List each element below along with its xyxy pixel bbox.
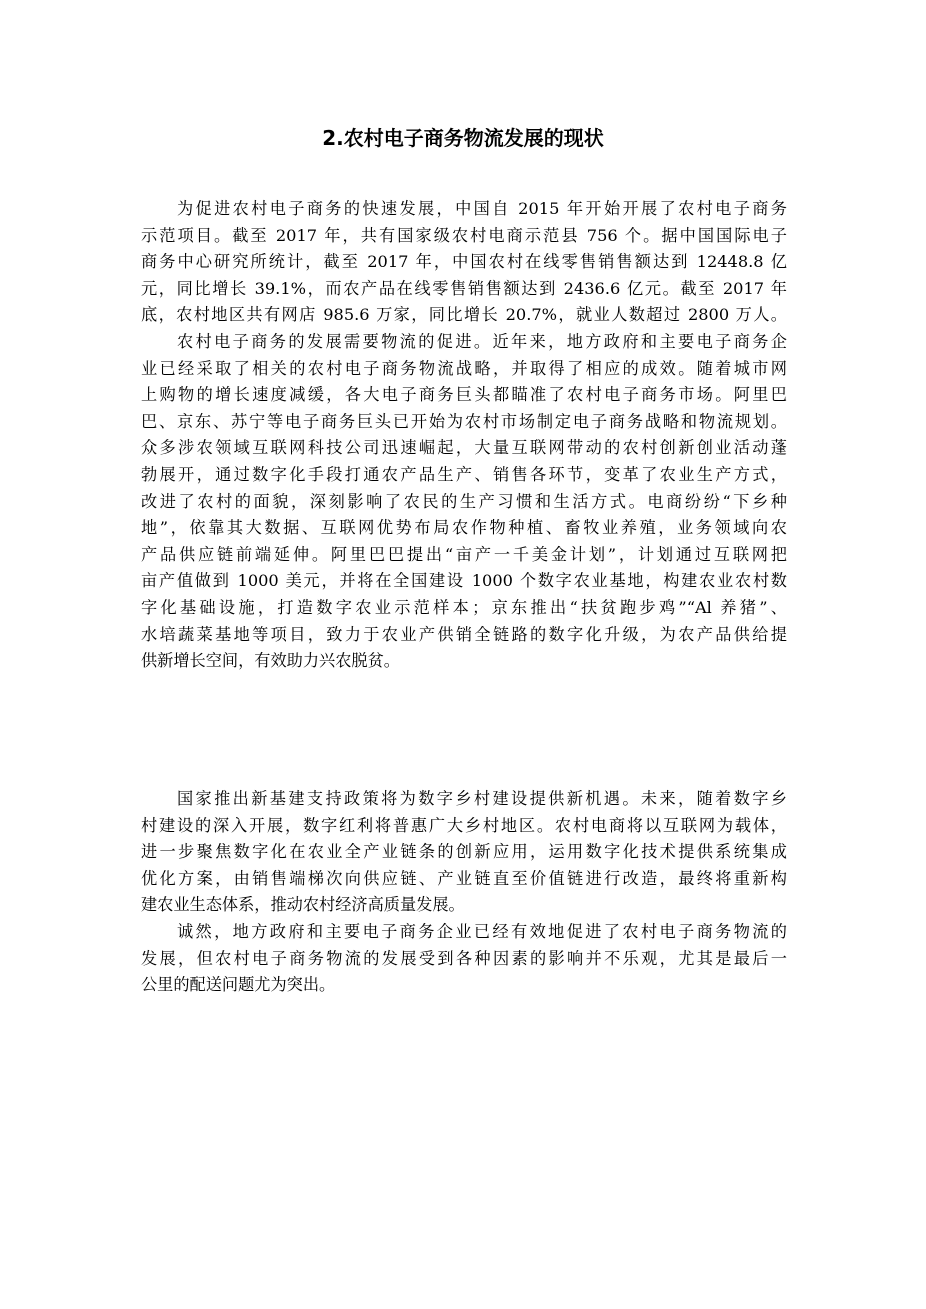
paragraph-line: 优化方案，由销售端梯次向供应链、产业链直至价值链进行改造，最终将重新构 xyxy=(141,866,787,893)
paragraph-line: 上购物的增长速度减缓，各大电子商务巨头都瞄准了农村电子商务市场。阿里巴 xyxy=(141,382,787,409)
paragraph-line: 字化基础设施，打造数字农业示范样本；京东推出“扶贫跑步鸡”“Al 养猪”、 xyxy=(141,595,787,622)
paragraph-line: 公里的配送问题尤为突出。 xyxy=(141,972,787,999)
section-title: 2.农村电子商务物流发展的现状 xyxy=(0,124,926,152)
paragraph-digital-village: 国家推出新基建支持政策将为数字乡村建设提供新机遇。未来，随着数字乡 村建设的深入… xyxy=(141,786,787,919)
paragraph-line: 进一步聚焦数字化在农业全产业链条的创新应用，运用数字化技术提供系统集成 xyxy=(141,839,787,866)
paragraph-line: 诚然，地方政府和主要电子商务企业已经有效地促进了农村电子商务物流的 xyxy=(141,919,787,946)
paragraph-line: 发展，但农村电子商务物流的发展受到各种因素的影响并不乐观，尤其是最后一 xyxy=(141,946,787,973)
paragraph-line: 地”，依靠其大数据、互联网优势布局农作物种植、畜牧业养殖，业务领域向农 xyxy=(141,515,787,542)
paragraph-line: 商务中心研究所统计，截至 2017 年，中国农村在线零售销售额达到 12448.… xyxy=(141,249,787,276)
paragraph-line: 改进了农村的面貌，深刻影响了农民的生产习惯和生活方式。电商纷纷“下乡种 xyxy=(141,489,787,516)
paragraph-line: 国家推出新基建支持政策将为数字乡村建设提供新机遇。未来，随着数字乡 xyxy=(141,786,787,813)
paragraph-rural-ecommerce-stats: 为促进农村电子商务的快速发展，中国自 2015 年开始开展了农村电子商务 示范项… xyxy=(141,196,787,329)
paragraph-line: 亩产值做到 1000 美元，并将在全国建设 1000 个数字农业基地，构建农业农… xyxy=(141,568,787,595)
paragraph-line: 水培蔬菜基地等项目，致力于农业产供销全链路的数字化升级，为农产品供给提 xyxy=(141,622,787,649)
paragraph-logistics-development: 农村电子商务的发展需要物流的促进。近年来，地方政府和主要电子商务企 业已经采取了… xyxy=(141,329,787,675)
paragraph-line: 供新增长空间，有效助力兴农脱贫。 xyxy=(141,648,787,675)
paragraph-line: 示范项目。截至 2017 年，共有国家级农村电商示范县 756 个。据中国国际电… xyxy=(141,223,787,250)
paragraph-last-mile: 诚然，地方政府和主要电子商务企业已经有效地促进了农村电子商务物流的 发展，但农村… xyxy=(141,919,787,999)
paragraph-line: 勃展开，通过数字化手段打通农产品生产、销售各环节，变革了农业生产方式， xyxy=(141,462,787,489)
paragraph-line: 产品供应链前端延伸。阿里巴巴提出“亩产一千美金计划”，计划通过互联网把 xyxy=(141,542,787,569)
paragraph-line: 村建设的深入开展，数字红利将普惠广大乡村地区。农村电商将以互联网为载体， xyxy=(141,813,787,840)
paragraph-line: 底，农村地区共有网店 985.6 万家，同比增长 20.7%，就业人数超过 28… xyxy=(141,302,787,329)
paragraph-line: 为促进农村电子商务的快速发展，中国自 2015 年开始开展了农村电子商务 xyxy=(141,196,787,223)
paragraph-line: 元，同比增长 39.1%，而农产品在线零售销售额达到 2436.6 亿元。截至 … xyxy=(141,276,787,303)
paragraph-line: 巴、京东、苏宁等电子商务巨头已开始为农村市场制定电子商务战略和物流规划。 xyxy=(141,409,787,436)
paragraph-line: 农村电子商务的发展需要物流的促进。近年来，地方政府和主要电子商务企 xyxy=(141,329,787,356)
document-page: 2.农村电子商务物流发展的现状 为促进农村电子商务的快速发展，中国自 2015 … xyxy=(0,0,926,1309)
paragraph-line: 众多涉农领域互联网科技公司迅速崛起，大量互联网带动的农村创新创业活动蓬 xyxy=(141,435,787,462)
paragraph-line: 业已经采取了相关的农村电子商务物流战略，并取得了相应的成效。随着城市网 xyxy=(141,356,787,383)
paragraph-line: 建农业生态体系，推动农村经济高质量发展。 xyxy=(141,892,787,919)
